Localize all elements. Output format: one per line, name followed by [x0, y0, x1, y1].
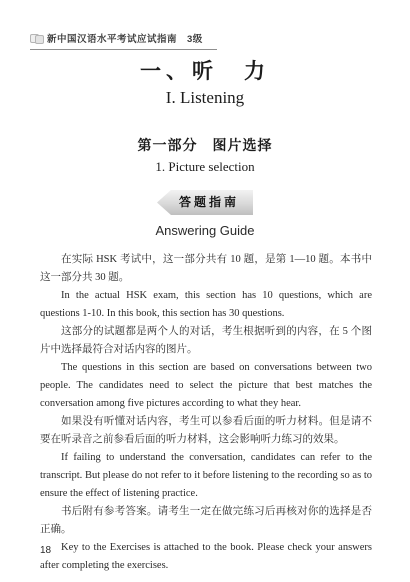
paragraph-en: In the actual HSK exam, this section has…: [40, 287, 372, 323]
chapter-title-zh: 一、听 力: [0, 55, 410, 85]
answering-guide-badge-label: 答题指南: [179, 195, 239, 209]
answering-guide-subtitle: Answering Guide: [0, 223, 410, 238]
book-page: 新中国汉语水平考试应试指南 3级 一、听 力 I. Listening 第一部分…: [0, 0, 410, 582]
paragraph-zh: 在实际 HSK 考试中，这一部分共有 10 题，是第 1—10 题。本书中这一部…: [40, 251, 372, 287]
part-title-zh: 第一部分 图片选择: [0, 135, 410, 155]
running-header-title: 新中国汉语水平考试应试指南 3级: [47, 31, 203, 45]
part-title-en: 1. Picture selection: [0, 159, 410, 175]
paragraph-en: The questions in this section are based …: [40, 359, 372, 413]
answering-guide-badge-row: 答题指南: [0, 190, 410, 215]
running-header: 新中国汉语水平考试应试指南 3级: [30, 31, 217, 50]
paragraph-en: If failing to understand the conversatio…: [40, 449, 372, 503]
interlocked-squares-icon: [30, 33, 43, 43]
page-number: 18: [40, 545, 51, 556]
chapter-title-en: I. Listening: [0, 88, 410, 108]
paragraph-en: Key to the Exercises is attached to the …: [40, 539, 372, 575]
answering-guide-ribbon: 答题指南: [157, 190, 253, 215]
body-text: 在实际 HSK 考试中，这一部分共有 10 题，是第 1—10 题。本书中这一部…: [40, 251, 372, 575]
paragraph-zh: 如果没有听懂对话内容，考生可以参看后面的听力材料。但是请不要在听录音之前参看后面…: [40, 413, 372, 449]
paragraph-zh: 书后附有参考答案。请考生一定在做完练习后再核对你的选择是否正确。: [40, 503, 372, 539]
paragraph-zh: 这部分的试题都是两个人的对话，考生根据听到的内容，在 5 个图片中选择最符合对话…: [40, 323, 372, 359]
